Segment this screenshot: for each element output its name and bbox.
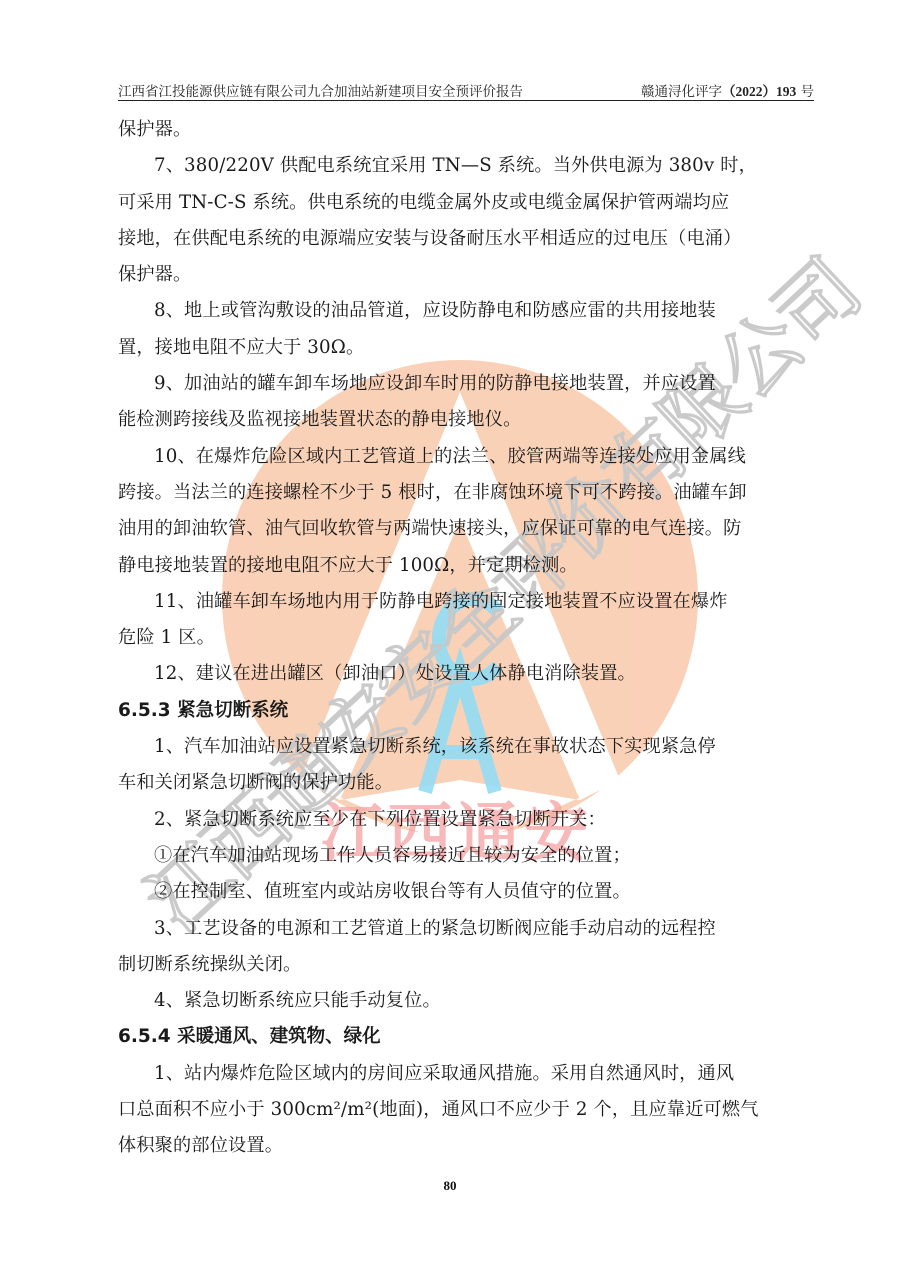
body-line: 1、汽车加油站应设置紧急切断系统，该系统在事故状态下实现紧急停: [118, 729, 818, 765]
body-line: 8、地上或管沟敷设的油品管道，应设防静电和防感应雷的共用接地装: [118, 293, 818, 329]
section-heading: 6.5.4 采暖通风、建筑物、绿化: [118, 1019, 818, 1055]
body-line: 体积聚的部位设置。: [118, 1128, 818, 1164]
body-line: 可采用 TN-C-S 系统。供电系统的电缆金属外皮或电缆金属保护管两端均应: [118, 185, 818, 221]
running-header: 江西省江投能源供应链有限公司九合加油站新建项目安全预评价报告 赣通浔化评字（20…: [118, 80, 814, 101]
body-line: 1、站内爆炸危险区域内的房间应采取通风措施。采用自然通风时，通风: [118, 1056, 818, 1092]
body-line: 危险 1 区。: [118, 620, 818, 656]
body-line: 保护器。: [118, 112, 818, 148]
body-line: 置，接地电阻不应大于 30Ω。: [118, 330, 818, 366]
body-line: 9、加油站的罐车卸车场地应设卸车时用的防静电接地装置，并应设置: [118, 366, 818, 402]
body-line: ①在汽车加油站现场工作人员容易接近且较为安全的位置；: [118, 838, 818, 874]
body-line: 12、建议在进出罐区（卸油口）处设置人体静电消除装置。: [118, 656, 818, 692]
section-heading: 6.5.3 紧急切断系统: [118, 693, 818, 729]
body-line: 跨接。当法兰的连接螺栓不少于 5 根时，在非腐蚀环境下可不跨接。油罐车卸: [118, 475, 818, 511]
body-line: 保护器。: [118, 257, 818, 293]
body-line: 制切断系统操纵关闭。: [118, 947, 818, 983]
body-line: 静电接地装置的接地电阻不应大于 100Ω，并定期检测。: [118, 548, 818, 584]
body-line: 11、油罐车卸车场地内用于防静电跨接的固定接地装置不应设置在爆炸: [118, 584, 818, 620]
body-line: 车和关闭紧急切断阀的保护功能。: [118, 765, 818, 801]
body-line: ②在控制室、值班室内或站房收银台等有人员值守的位置。: [118, 874, 818, 910]
page-number: 80: [0, 1178, 900, 1194]
body-line: 口总面积不应小于 300cm²/m²(地面)，通风口不应少于 2 个，且应靠近可…: [118, 1092, 818, 1128]
body-line: 接地，在供配电系统的电源端应安装与设备耐压水平相适应的过电压（电涌）: [118, 221, 818, 257]
document-page: 江西省江投能源供应链有限公司九合加油站新建项目安全预评价报告 赣通浔化评字（20…: [0, 0, 900, 1272]
document-body: 保护器。7、380/220V 供配电系统宜采用 TN—S 系统。当外供电源为 3…: [118, 112, 818, 1165]
body-line: 7、380/220V 供配电系统宜采用 TN—S 系统。当外供电源为 380v …: [118, 148, 818, 184]
body-line: 2、紧急切断系统应至少在下列位置设置紧急切断开关：: [118, 802, 818, 838]
document-number: 赣通浔化评字（2022）193 号: [641, 80, 814, 100]
body-line: 油用的卸油软管、油气回收软管与两端快速接头，应保证可靠的电气连接。防: [118, 511, 818, 547]
body-line: 4、紧急切断系统应只能手动复位。: [118, 983, 818, 1019]
body-line: 10、在爆炸危险区域内工艺管道上的法兰、胶管两端等连接处应用金属线: [118, 439, 818, 475]
report-title: 江西省江投能源供应链有限公司九合加油站新建项目安全预评价报告: [118, 80, 523, 100]
body-line: 3、工艺设备的电源和工艺管道上的紧急切断阀应能手动启动的远程控: [118, 911, 818, 947]
body-line: 能检测跨接线及监视接地装置状态的静电接地仪。: [118, 402, 818, 438]
